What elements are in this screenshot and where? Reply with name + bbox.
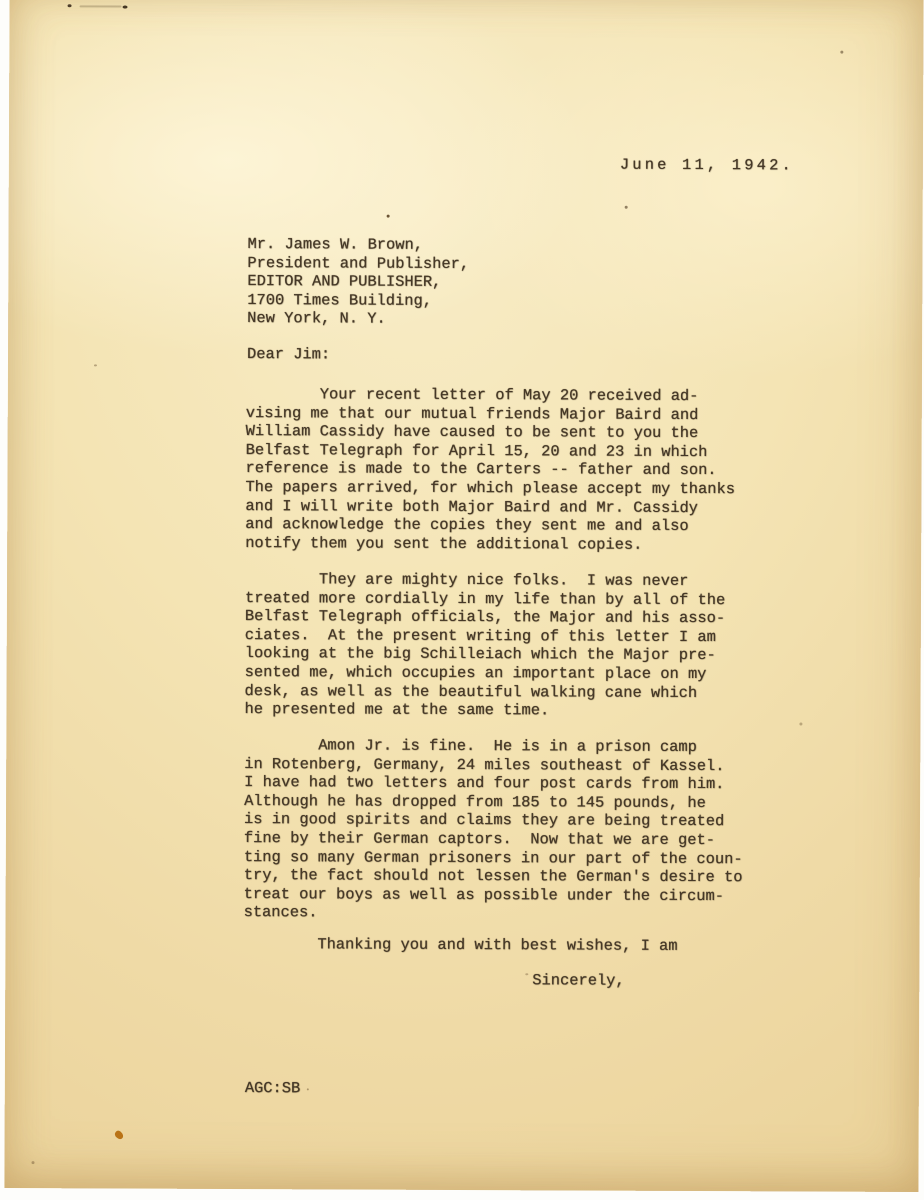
letter-paper: June 11, 1942. Mr. James W. Brown,Presid… [4, 0, 923, 1192]
text-line: I have had two letters and four post car… [244, 773, 743, 794]
paper-smudge [80, 5, 122, 7]
text-line: in Rotenberg, Germany, 24 miles southeas… [244, 755, 743, 776]
text-line: he presented me at the same time. [244, 700, 724, 721]
text-line: sented me, which occupies an important p… [245, 663, 725, 684]
text-line: and acknowledge the copies they sent me … [245, 515, 735, 536]
text-line: notify them you sent the additional copi… [245, 534, 735, 555]
text-line: stances. [244, 903, 743, 924]
signoff: Sincerely, [532, 971, 624, 990]
paper-speck [799, 722, 802, 725]
scan-background: June 11, 1942. Mr. James W. Brown,Presid… [0, 0, 924, 1200]
closing-paragraph: Thanking you and with best wishes, I am [243, 935, 677, 955]
text-line: ting so many German prisoners in our par… [244, 848, 743, 869]
text-line: EDITOR AND PUBLISHER, [247, 272, 469, 292]
paper-speck [31, 1161, 34, 1164]
paper-stain [113, 1129, 124, 1140]
salutation: Dear Jim: [247, 345, 330, 364]
text-line: ciates. At the present writing of this l… [245, 626, 725, 647]
text-line: The papers arrived, for which please acc… [245, 478, 735, 499]
text-line: New York, N. Y. [247, 309, 469, 329]
paper-speck [123, 6, 128, 9]
text-line: treated more cordially in my life than b… [245, 589, 725, 610]
text-line: Belfast Telegraph for April 15, 20 and 2… [246, 441, 736, 462]
text-line: Thanking you and with best wishes, I am [243, 935, 677, 955]
paragraph-3: Amon Jr. is fine. He is in a prison camp… [244, 736, 744, 924]
text-line: looking at the big Schilleiach which the… [245, 644, 725, 665]
text-line: Amon Jr. is fine. He is in a prison camp [244, 736, 743, 757]
paper-speck [94, 364, 97, 366]
paragraph-1: Your recent letter of May 20 received ad… [245, 385, 735, 554]
letter-date: June 11, 1942. [620, 156, 794, 175]
text-line: Belfast Telegraph officials, the Major a… [245, 607, 725, 628]
text-line: Although he has dropped from 185 to 145 … [244, 792, 743, 813]
text-line: is in good spirits and claims they are b… [244, 810, 743, 831]
text-line: 1700 Times Building, [247, 291, 469, 311]
text-line: William Cassidy have caused to be sent t… [246, 422, 736, 443]
text-line: Your recent letter of May 20 received ad… [246, 385, 736, 406]
text-line: They are mighty nice folks. I was never [245, 570, 725, 591]
paper-speck [68, 4, 72, 7]
paper-speck [387, 215, 390, 218]
text-line: and I will write both Major Baird and Mr… [245, 497, 735, 518]
paper-speck [307, 1088, 309, 1090]
paper-speck [625, 206, 628, 209]
text-line: reference is made to the Carters -- fath… [245, 459, 735, 480]
text-line: vising me that our mutual friends Major … [246, 404, 736, 425]
reference-initials: AGC:SB [245, 1079, 301, 1098]
text-line: Mr. James W. Brown, [247, 235, 469, 255]
paper-speck [525, 973, 528, 975]
text-line: President and Publisher, [247, 254, 469, 274]
paper-speck [840, 51, 843, 54]
text-line: desk, as well as the beautiful walking c… [245, 682, 725, 703]
text-line: try, the fact should not lessen the Germ… [244, 866, 743, 887]
text-line: treat our boys as well as possible under… [244, 885, 743, 906]
text-line: fine by their German captors. Now that w… [244, 829, 743, 850]
recipient-address: Mr. James W. Brown,President and Publish… [247, 235, 469, 329]
paragraph-2: They are mighty nice folks. I was nevert… [244, 570, 725, 721]
